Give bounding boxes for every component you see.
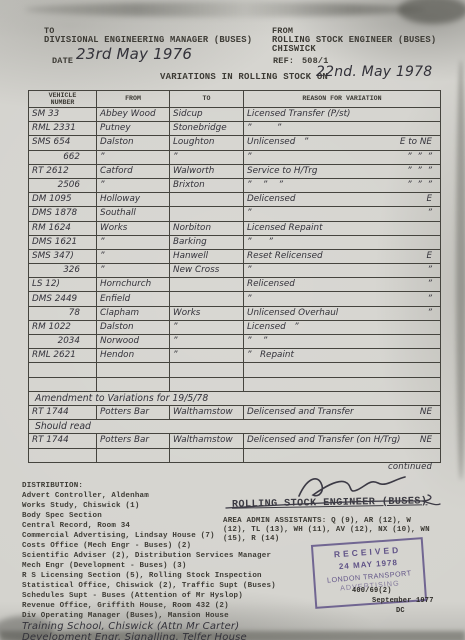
vehicle-number-cell: RT 2612 [29,164,97,178]
from-cell: ” [97,235,170,249]
to-cell: Hanwell [170,249,244,263]
document-title: VARIATIONS IN ROLLING STOCK ON [160,72,328,82]
vehicle-number-cell: SMS 347) [29,249,97,263]
vehicle-number-cell [29,363,97,377]
distribution-line: Div Operating Manager (Buses), Mansion H… [22,611,292,621]
to-cell: ” [170,150,244,164]
reason-cell: ” Repaint [244,349,441,363]
to-value: DIVISIONAL ENGINEERING MANAGER (BUSES) [44,35,252,45]
vehicle-number-cell: DMS 2449 [29,292,97,306]
reason-cell [244,448,441,462]
table-body: SM 33Abbey WoodSidcupLicensed Transfer (… [29,108,441,463]
from-cell: Holloway [97,193,170,207]
to-cell: Brixton [170,178,244,192]
reason-text: ” ” [247,122,281,135]
to-cell: Loughton [170,136,244,150]
distribution-line: DISTRIBUTION: [22,481,292,491]
to-cell: Works [170,306,244,320]
district-note: NE [420,434,440,447]
reason-text: Licensed Repaint [247,222,323,235]
from-cell: Dalston [97,320,170,334]
reason-text: Licensed Transfer (P/st) [247,108,351,121]
to-cell: Stonebridge [170,122,244,136]
table-header-row: VEHICLENUMBERFROMTOREASON FOR VARIATION [29,91,441,108]
reason-text: ” [247,207,252,220]
column-header: FROM [97,91,170,108]
vehicle-number-cell [29,377,97,391]
district-note [432,108,440,121]
from-cell: Potters Bar [97,434,170,448]
from-cell [97,363,170,377]
table-row: RT 1744Potters BarWalthamstowDelicensed … [29,405,441,419]
to-cell: Walworth [170,164,244,178]
reason-text: Service to H/Trg [247,165,317,178]
table-row: DMS 2449Enfield”” [29,292,441,306]
reason-cell: Delicensed and Transfer (on H/Trg)NE [244,434,441,448]
to-cell: ” [170,335,244,349]
to-cell [170,292,244,306]
table-row [29,363,441,377]
from-cell: ” [97,150,170,164]
from-cell: ” [97,249,170,263]
vehicle-number-cell: DMS 1878 [29,207,97,221]
table-row: SMS 347)”HanwellReset RelicensedE [29,249,441,263]
vehicle-number-cell: LS 12) [29,278,97,292]
table-row: 2034Norwood”” ” [29,335,441,349]
vehicle-number-cell: 78 [29,306,97,320]
distribution-line: Statistical Office, Chiswick (2), Traffi… [22,581,292,591]
reason-cell: Licensed ” [244,320,441,334]
from-cell [97,377,170,391]
amendment-heading-row: Amendment to Variations for 19/5/78 [29,391,441,405]
signature-flourish [224,494,442,512]
table-row: 662”””” ” ” [29,150,441,164]
table-row [29,377,441,391]
district-note: ” [427,293,440,306]
reason-text: ” [247,264,252,277]
from-cell: Clapham [97,306,170,320]
vehicle-number-cell: DMS 1621 [29,235,97,249]
to-cell: ” [170,320,244,334]
reason-cell: ” ” [244,122,441,136]
reason-cell: ”” [244,292,441,306]
to-cell: ” [170,349,244,363]
reason-text: Relicensed [247,278,295,291]
reason-text: Unlicensed ” [247,136,308,149]
date-value-handwritten: 23rd May 1976 [76,45,192,63]
distribution-line: Mech Engr (Development - Buses) (3) [22,561,292,571]
district-note [432,122,440,135]
to-cell [170,193,244,207]
ref-label: REF: [273,56,294,66]
table-row: RT 1744Potters BarWalthamstowDelicensed … [29,434,441,448]
district-note: ” [427,278,440,291]
reason-cell: Licensed Transfer (P/st) [244,108,441,122]
to-cell [170,278,244,292]
table-row: 2506”Brixton” ” ”” ” ” [29,178,441,192]
table-row [29,448,441,462]
from-cell: Works [97,221,170,235]
scanned-document-page: TO DIVISIONAL ENGINEERING MANAGER (BUSES… [0,0,465,640]
table-row: SM 33Abbey WoodSidcupLicensed Transfer (… [29,108,441,122]
vehicle-number-cell: RT 1744 [29,405,97,419]
reason-text: Delicensed [247,193,295,206]
reason-cell: ”” ” ” [244,150,441,164]
district-note [432,349,440,362]
to-cell: Norbiton [170,221,244,235]
from-cell: Potters Bar [97,405,170,419]
vehicle-number-cell [29,448,97,462]
reason-cell: Service to H/Trg” ” ” [244,164,441,178]
reason-cell [244,363,441,377]
table-row: DMS 1878Southall”” [29,207,441,221]
reason-cell: ” ” [244,335,441,349]
vehicle-number-cell: 326 [29,264,97,278]
from-cell [97,448,170,462]
district-note: E [426,250,440,263]
vehicle-number-cell: 2034 [29,335,97,349]
reason-cell: Reset RelicensedE [244,249,441,263]
reason-text: Delicensed and Transfer (on H/Trg) [247,434,401,447]
district-note: ” ” ” [407,165,440,178]
distribution-handwritten-line: Training School, Chiswick (Attn Mr Carte… [22,621,292,632]
distribution-line: Schedules Supt - Buses (Attention of Mr … [22,591,292,601]
district-note [432,236,440,249]
vehicle-number-cell: RM 1022 [29,320,97,334]
table-row: DMS 1621”Barking” ” [29,235,441,249]
to-cell: Sidcup [170,108,244,122]
from-location: CHISWICK [272,44,316,54]
reason-cell: DelicensedE [244,193,441,207]
table-row: 78ClaphamWorksUnlicensed Overhaul” [29,306,441,320]
to-cell [170,207,244,221]
table-header: VEHICLENUMBERFROMTOREASON FOR VARIATION [29,91,441,108]
reason-cell: ”” [244,264,441,278]
from-cell: Putney [97,122,170,136]
reason-cell: Unlicensed Overhaul” [244,306,441,320]
from-cell: Catford [97,164,170,178]
reason-text: ” ” [247,335,267,348]
reason-text: ” [247,151,252,164]
distribution-line: R S Licensing Section (5), Rolling Stock… [22,571,292,581]
district-note: ” ” ” [407,151,440,164]
to-cell: Walthamstow [170,434,244,448]
district-note: NE [420,406,440,419]
table-row: LS 12)HornchurchRelicensed” [29,278,441,292]
to-cell: Walthamstow [170,405,244,419]
vehicle-number-cell: RML 2331 [29,122,97,136]
overlay-ref-date: September 1977 [372,596,434,606]
district-note: ” [427,307,440,320]
vehicle-number-cell: 2506 [29,178,97,192]
to-cell [170,448,244,462]
table-row: RM 1624WorksNorbitonLicensed Repaint [29,221,441,235]
reason-cell: Delicensed and TransferNE [244,405,441,419]
variations-table: VEHICLENUMBERFROMTOREASON FOR VARIATION … [28,90,441,463]
to-cell: Barking [170,235,244,249]
column-header: REASON FOR VARIATION [244,91,441,108]
vehicle-number-cell: RT 1744 [29,434,97,448]
should-read-row: Should read [29,420,441,434]
table-row: RT 2612CatfordWalworthService to H/Trg” … [29,164,441,178]
reason-cell: ” ” [244,235,441,249]
distribution-handwritten-line: Development Engr, Signalling, Telfer Hou… [22,632,292,640]
continued-note: continued [388,462,432,472]
vehicle-number-cell: SM 33 [29,108,97,122]
smudge-right-edge [456,60,465,480]
from-cell: Hendon [97,349,170,363]
vehicle-number-cell: SMS 654 [29,136,97,150]
table-row: RML 2621Hendon”” Repaint [29,349,441,363]
from-cell: Abbey Wood [97,108,170,122]
reason-text: ” [247,293,252,306]
reason-text: ” ” ” [247,179,283,192]
from-cell: Hornchurch [97,278,170,292]
reason-cell: Unlicensed ”E to NE [244,136,441,150]
table-row: DM 1095HollowayDelicensedE [29,193,441,207]
to-cell: New Cross [170,264,244,278]
reason-cell: Licensed Repaint [244,221,441,235]
district-note: ” [427,264,440,277]
district-note [432,321,440,334]
from-cell: Dalston [97,136,170,150]
reason-text: Unlicensed Overhaul [247,307,338,320]
reason-cell: ”” [244,207,441,221]
vehicle-number-cell: RM 1624 [29,221,97,235]
reason-text: Delicensed and Transfer [247,406,354,419]
reason-cell: Relicensed” [244,278,441,292]
distribution-line: Revenue Office, Griffith House, Room 432… [22,601,292,611]
district-note: E [426,193,440,206]
reason-text: ” Repaint [247,349,294,362]
reason-text: Licensed ” [247,321,299,334]
amendment-heading-row-text: Amendment to Variations for 19/5/78 [29,391,441,405]
district-note: ” ” ” [407,179,440,192]
district-note: ” [427,207,440,220]
vehicle-number-cell: 662 [29,150,97,164]
smudge-top-right-corner [398,0,465,24]
from-cell: Southall [97,207,170,221]
title-date-handwritten: 22nd. May 1978 [316,64,432,80]
overlay-ref-initials: DC [396,606,405,616]
from-cell: Norwood [97,335,170,349]
table-row: RM 1022Dalston”Licensed ” [29,320,441,334]
vehicle-number-cell: DM 1095 [29,193,97,207]
column-header: TO [170,91,244,108]
reason-cell: ” ” ”” ” ” [244,178,441,192]
overlay-ref-number: 400/69(2) [352,586,392,596]
district-note [432,222,440,235]
should-read-row-text: Should read [29,420,441,434]
reason-cell [244,377,441,391]
bleedthrough-smudge-top [25,2,425,17]
to-cell [170,363,244,377]
district-note [432,335,440,348]
district-note: E to NE [400,136,440,149]
to-cell [170,377,244,391]
from-cell: ” [97,178,170,192]
from-cell: Enfield [97,292,170,306]
from-cell: ” [97,264,170,278]
table-row: RML 2331PutneyStonebridge” ” [29,122,441,136]
distribution-line: Scientific Adviser (2), Distribution Ser… [22,551,292,561]
table-row: 326”New Cross”” [29,264,441,278]
table-row: SMS 654DalstonLoughtonUnlicensed ”E to N… [29,136,441,150]
reason-text: ” ” [247,236,273,249]
column-header: VEHICLENUMBER [29,91,97,108]
vehicle-number-cell: RML 2621 [29,349,97,363]
reason-text: Reset Relicensed [247,250,323,263]
date-label: DATE [52,56,73,66]
